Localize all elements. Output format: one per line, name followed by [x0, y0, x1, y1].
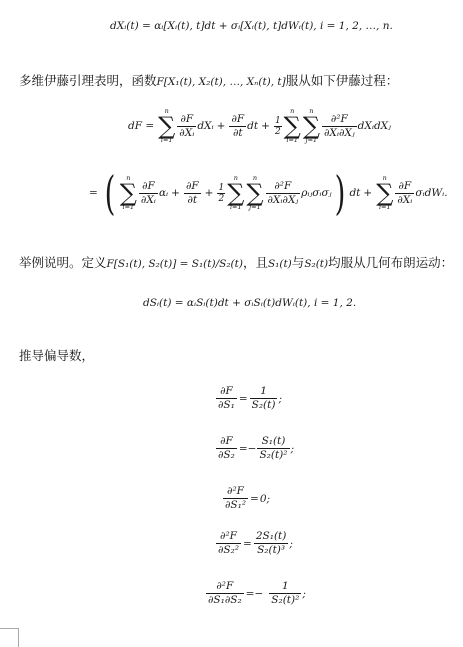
paragraph-text: 服从如下伊藤过程：	[286, 73, 399, 88]
paragraph-text: 多维伊藤引理表明，函数	[19, 73, 157, 88]
page-margin-corner-mark	[0, 628, 19, 647]
fraction-d2F-dXidXj: ∂²F ∂Xᵢ∂Xⱼ	[266, 180, 301, 207]
right-paren: )	[335, 170, 346, 216]
equation-gbm: dSᵢ(t) = αᵢSᵢ(t)dt + σᵢSᵢ(t)dWᵢ(t), i = …	[143, 297, 356, 309]
derivative-d2F-dS2sq: ∂²F∂S₂² = 2S₁(t)S₂(t)³ ;	[215, 530, 293, 557]
derivative-d2F-dS1sq: ∂²F∂S₁² = 0 ;	[222, 485, 270, 512]
summation-i: n ∑ i=1	[376, 175, 393, 211]
derivative-d2F-dS1dS2: ∂²F∂S₁∂S₂ = − 1S₂(t)² ;	[205, 580, 306, 607]
fraction-dF-dXi: ∂F ∂Xᵢ	[395, 180, 414, 207]
summation-i: n ∑ i=1	[120, 175, 137, 211]
derivative-dF-dS2: ∂F∂S₂ = − S₁(t)S₂(t)² ;	[215, 435, 294, 462]
equation-sde-x-text: dXᵢ(t) = αᵢ[Xᵢ(t), t]dt + σᵢ[Xᵢ(t), t]dW…	[110, 20, 393, 32]
left-paren: (	[104, 170, 115, 216]
fraction-d2F-dXidXj: ∂²F ∂Xᵢ∂Xⱼ	[322, 113, 357, 140]
equation-ito-df: dF = n ∑ i=1 ∂F ∂Xᵢ dXᵢ + ∂F ∂t dt + 1 2…	[128, 108, 391, 144]
eq-lhs: dF =	[128, 120, 154, 132]
fraction-half: 1 2	[274, 116, 282, 137]
fraction-dF-dt: ∂F ∂t	[229, 113, 246, 140]
summation-i: n ∑ i=1	[158, 108, 175, 144]
fraction-dF-dt: ∂F ∂t	[184, 180, 201, 207]
summation-j: n ∑ j=1	[246, 175, 263, 211]
paragraph-derive: 推导偏导数，	[19, 346, 94, 364]
summation-i: n ∑ i=1	[284, 108, 301, 144]
inline-math-function-f: F[X₁(t), X₂(t), …, Xₙ(t), t]	[157, 76, 286, 88]
equation-sde-x: dXᵢ(t) = αᵢ[Xᵢ(t), t]dt + σᵢ[Xᵢ(t), t]dW…	[110, 20, 393, 32]
equation-ito-expanded: = ( n ∑ i=1 ∂F ∂Xᵢ αᵢ + ∂F ∂t + 1 2 n ∑ …	[86, 170, 448, 216]
paragraph-ito-lemma: 多维伊藤引理表明，函数F[X₁(t), X₂(t), …, Xₙ(t), t]服…	[19, 70, 398, 89]
fraction-dF-dXi: ∂F ∂Xᵢ	[139, 180, 158, 207]
paragraph-example: 举例说明。定义F[S₁(t), S₂(t)] = S₁(t)/S₂(t)，且S₁…	[19, 252, 453, 271]
derivative-dF-dS1: ∂F∂S₁ = 1S₂(t) ;	[215, 385, 282, 412]
inline-math-f-def: F[S₁(t), S₂(t)] = S₁(t)/S₂(t)	[107, 258, 243, 270]
summation-i: n ∑ i=1	[227, 175, 244, 211]
document-page: dXᵢ(t) = αᵢ[Xᵢ(t), t]dt + σᵢ[Xᵢ(t), t]dW…	[0, 0, 463, 647]
fraction-half: 1 2	[217, 183, 225, 204]
summation-j: n ∑ j=1	[303, 108, 320, 144]
fraction-dF-dXi: ∂F ∂Xᵢ	[177, 113, 196, 140]
